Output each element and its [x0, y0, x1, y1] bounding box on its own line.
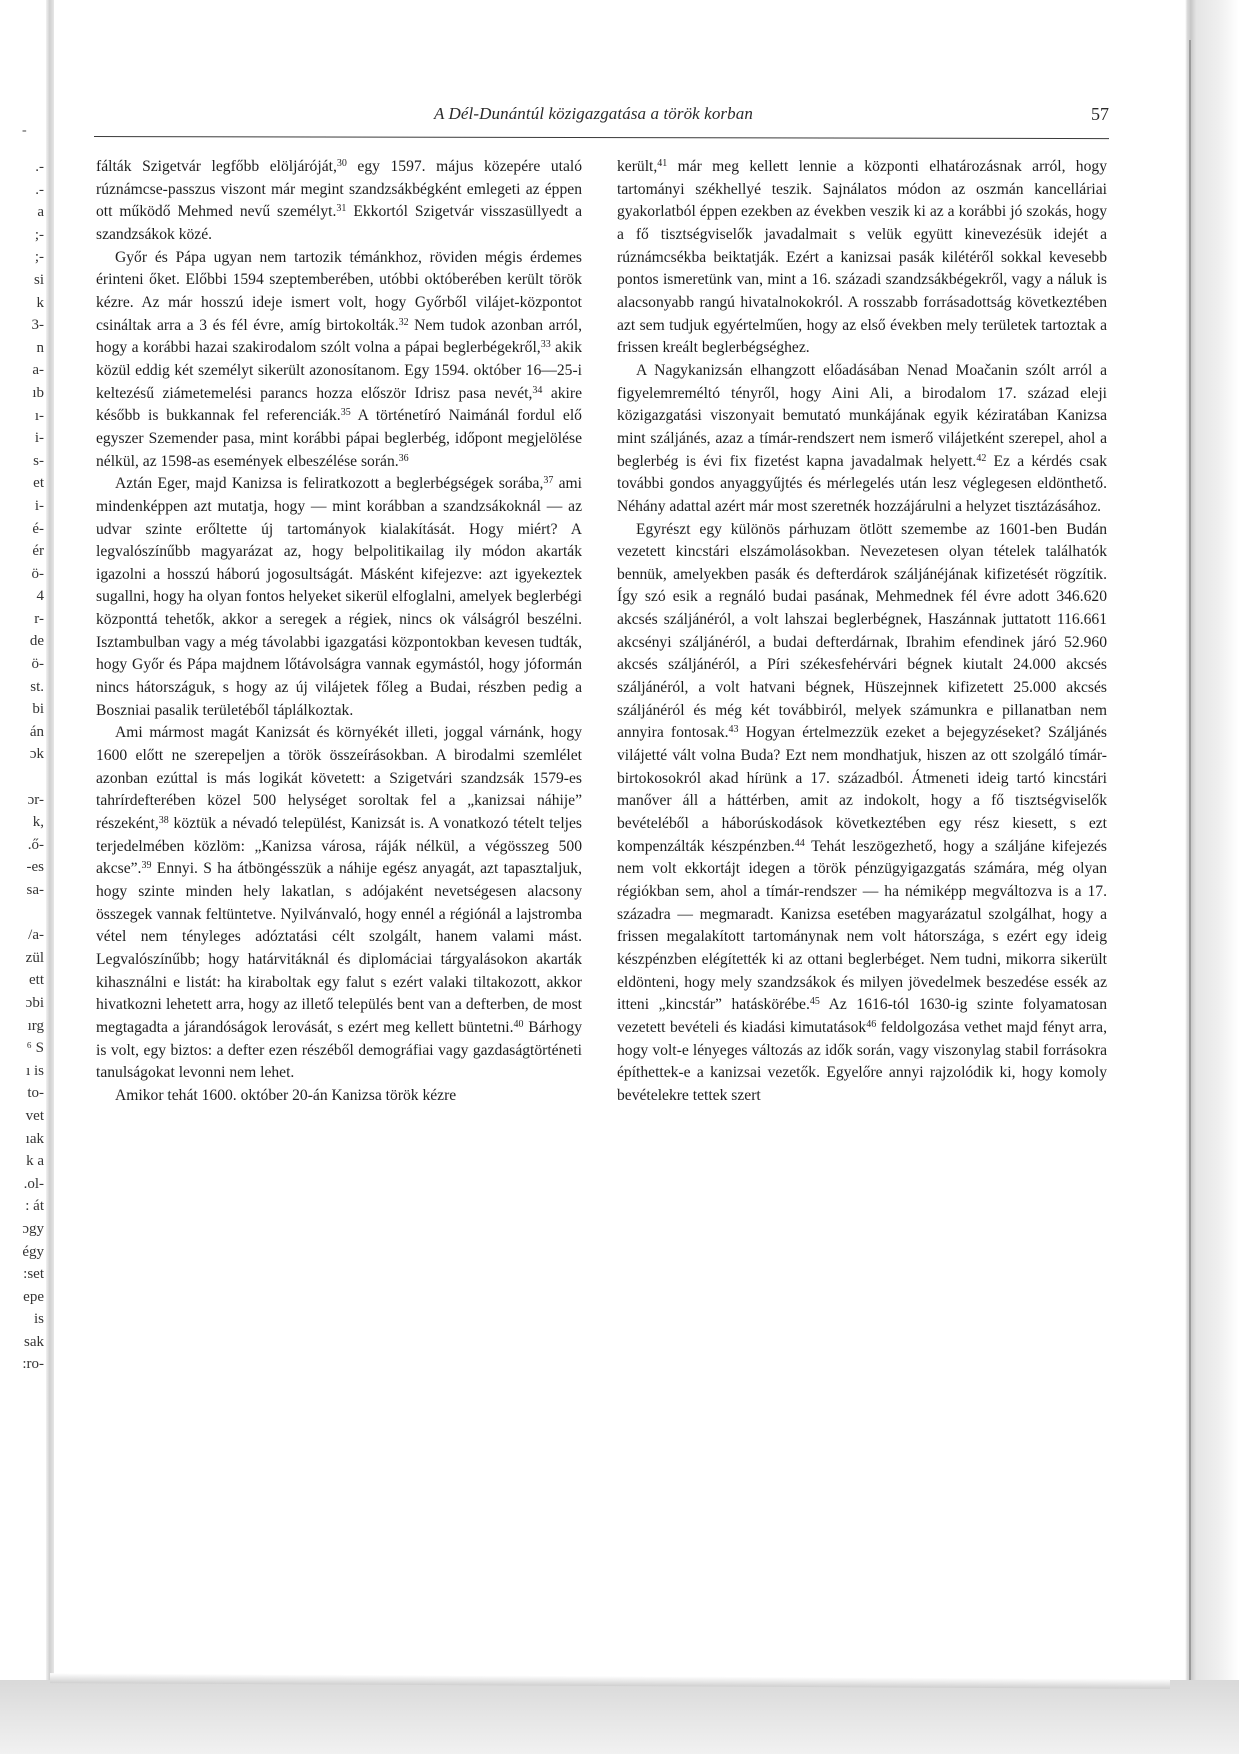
text-run: Ennyi. S ha átböngésszük a náhije egész … — [96, 860, 582, 1036]
margin-fragment: i- — [0, 427, 44, 450]
footnote-ref: 32 — [399, 317, 409, 328]
text-run: fálták Szigetvár legfőbb elöljáróját, — [96, 158, 337, 175]
margin-fragment: k, — [0, 811, 44, 834]
footnote-ref: 36 — [399, 453, 409, 464]
paragraph: A Nagykanizsán elhangzott előadásában Ne… — [617, 360, 1107, 519]
margin-fragment: /a- — [0, 924, 44, 947]
running-header-title: A Dél-Dunántúl közigazgatása a török kor… — [434, 104, 753, 124]
margin-fragment: ⁶ S — [0, 1037, 44, 1060]
footnote-ref: 46 — [866, 1019, 876, 1030]
text-run: Hogyan értelmezzük ezeket a bejegyzéseke… — [617, 724, 1107, 854]
text-run: Aztán Eger, majd Kanizsa is feliratkozot… — [115, 475, 543, 492]
margin-fragment: ö- — [0, 653, 44, 676]
margin-fragment: a — [0, 201, 44, 224]
footnote-ref: 42 — [976, 453, 986, 464]
margin-fragment: ı is — [0, 1060, 44, 1083]
footnote-ref: 30 — [337, 158, 347, 169]
paragraph: Győr és Pápa ugyan nem tartozik témánkho… — [96, 247, 582, 474]
margin-fragment: zül — [0, 947, 44, 970]
margin-mark: - — [22, 123, 27, 139]
text-run: Egyrészt egy különös párhuzam ötlött sze… — [617, 521, 1107, 742]
margin-fragment: ɔk — [0, 743, 44, 766]
footnote-ref: 39 — [141, 860, 151, 871]
scan-left-edge — [46, 0, 54, 1690]
margin-fragment: -es — [0, 856, 44, 879]
margin-fragment: égy — [0, 1241, 44, 1264]
margin-fragment: 3- — [0, 314, 44, 337]
margin-fragment: .ol- — [0, 1173, 44, 1196]
margin-fragment: vet — [0, 1105, 44, 1128]
page-number: 57 — [1091, 104, 1109, 125]
paragraph: Ami mármost magát Kanizsát és környékét … — [96, 722, 582, 1085]
text-run: ami mindenképpen azt mutatja, hogy — min… — [96, 475, 582, 719]
margin-fragment: si — [0, 269, 44, 292]
margin-fragment: ɔbi — [0, 992, 44, 1015]
margin-fragment: ɔgy — [0, 1218, 44, 1241]
footnote-ref: 34 — [532, 385, 542, 396]
footnote-ref: 44 — [795, 838, 805, 849]
margin-fragment: ö- — [0, 563, 44, 586]
margin-fragment: :set — [0, 1263, 44, 1286]
margin-fragment: .- — [0, 156, 44, 179]
scan-bottom-edge — [0, 1680, 1239, 1754]
text-run: Tehát leszögezhető, hogy a szálјáne kife… — [617, 838, 1107, 1014]
footnote-ref: 37 — [543, 475, 553, 486]
margin-fragment: de — [0, 630, 44, 653]
scan-right-edge — [1170, 0, 1239, 1754]
text-run: került, — [617, 158, 657, 175]
footnote-ref: 33 — [541, 339, 551, 350]
margin-fragment: n — [0, 337, 44, 360]
running-header: A Dél-Dunántúl közigazgatása a török kor… — [94, 104, 1109, 134]
margin-fragment: ɔr- — [0, 789, 44, 812]
margin-fragment: ıb — [0, 382, 44, 405]
margin-fragment: ırg — [0, 1015, 44, 1038]
margin-fragment: ér — [0, 540, 44, 563]
margin-fragment: sak — [0, 1331, 44, 1354]
margin-fragment: án — [0, 721, 44, 744]
margin-fragment: :ro- — [0, 1353, 44, 1376]
paragraph: Aztán Eger, majd Kanizsa is feliratkozot… — [96, 473, 582, 722]
neighbour-page-fragments: .-.-a;-;-sik3-na-ıbı-i-s-eti-é-érö-4r-de… — [0, 156, 44, 1376]
margin-fragment: ı- — [0, 405, 44, 428]
text-run: már meg kellett lennie a központi elhatá… — [617, 158, 1107, 356]
margin-fragment: to- — [0, 1082, 44, 1105]
footnote-ref: 40 — [514, 1019, 524, 1030]
text-run: Amikor tehát 1600. október 20-án Kanizsa… — [115, 1087, 456, 1104]
paragraph: fálták Szigetvár legfőbb elöljáróját,30 … — [96, 156, 582, 247]
margin-fragment: bi — [0, 698, 44, 721]
margin-fragment: ett — [0, 969, 44, 992]
left-text-column: fálták Szigetvár legfőbb elöljáróját,30 … — [96, 156, 582, 1108]
margin-fragment: k — [0, 292, 44, 315]
scan-binding-line — [1189, 40, 1191, 1700]
margin-fragment: ;- — [0, 224, 44, 247]
paragraph: került,41 már meg kellett lennie a közpo… — [617, 156, 1107, 360]
margin-fragment: 4 — [0, 585, 44, 608]
footnote-ref: 45 — [810, 996, 820, 1007]
margin-fragment — [0, 766, 44, 789]
margin-fragment: et — [0, 472, 44, 495]
margin-fragment: é- — [0, 518, 44, 541]
footnote-ref: 35 — [341, 407, 351, 418]
margin-fragment: i- — [0, 495, 44, 518]
right-text-column: került,41 már meg kellett lennie a közpo… — [617, 156, 1107, 1108]
margin-fragment: ıak — [0, 1128, 44, 1151]
footnote-ref: 38 — [159, 815, 169, 826]
paragraph: Egyrészt egy különös párhuzam ötlött sze… — [617, 519, 1107, 1108]
footnote-ref: 41 — [657, 158, 667, 169]
margin-fragment: ;- — [0, 246, 44, 269]
margin-fragment: sa- — [0, 879, 44, 902]
margin-fragment: st. — [0, 676, 44, 699]
margin-fragment: epe — [0, 1286, 44, 1309]
margin-fragment — [0, 902, 44, 925]
paragraph: Amikor tehát 1600. október 20-án Kanizsa… — [96, 1085, 582, 1108]
margin-fragment: k a — [0, 1150, 44, 1173]
margin-fragment: a- — [0, 359, 44, 382]
margin-fragment: .ő- — [0, 834, 44, 857]
margin-fragment: is — [0, 1308, 44, 1331]
margin-fragment: : át — [0, 1195, 44, 1218]
header-rule — [94, 136, 1109, 139]
margin-fragment: r- — [0, 608, 44, 631]
margin-fragment: s- — [0, 450, 44, 473]
footnote-ref: 31 — [336, 203, 346, 214]
footnote-ref: 43 — [729, 724, 739, 735]
margin-fragment: .- — [0, 179, 44, 202]
